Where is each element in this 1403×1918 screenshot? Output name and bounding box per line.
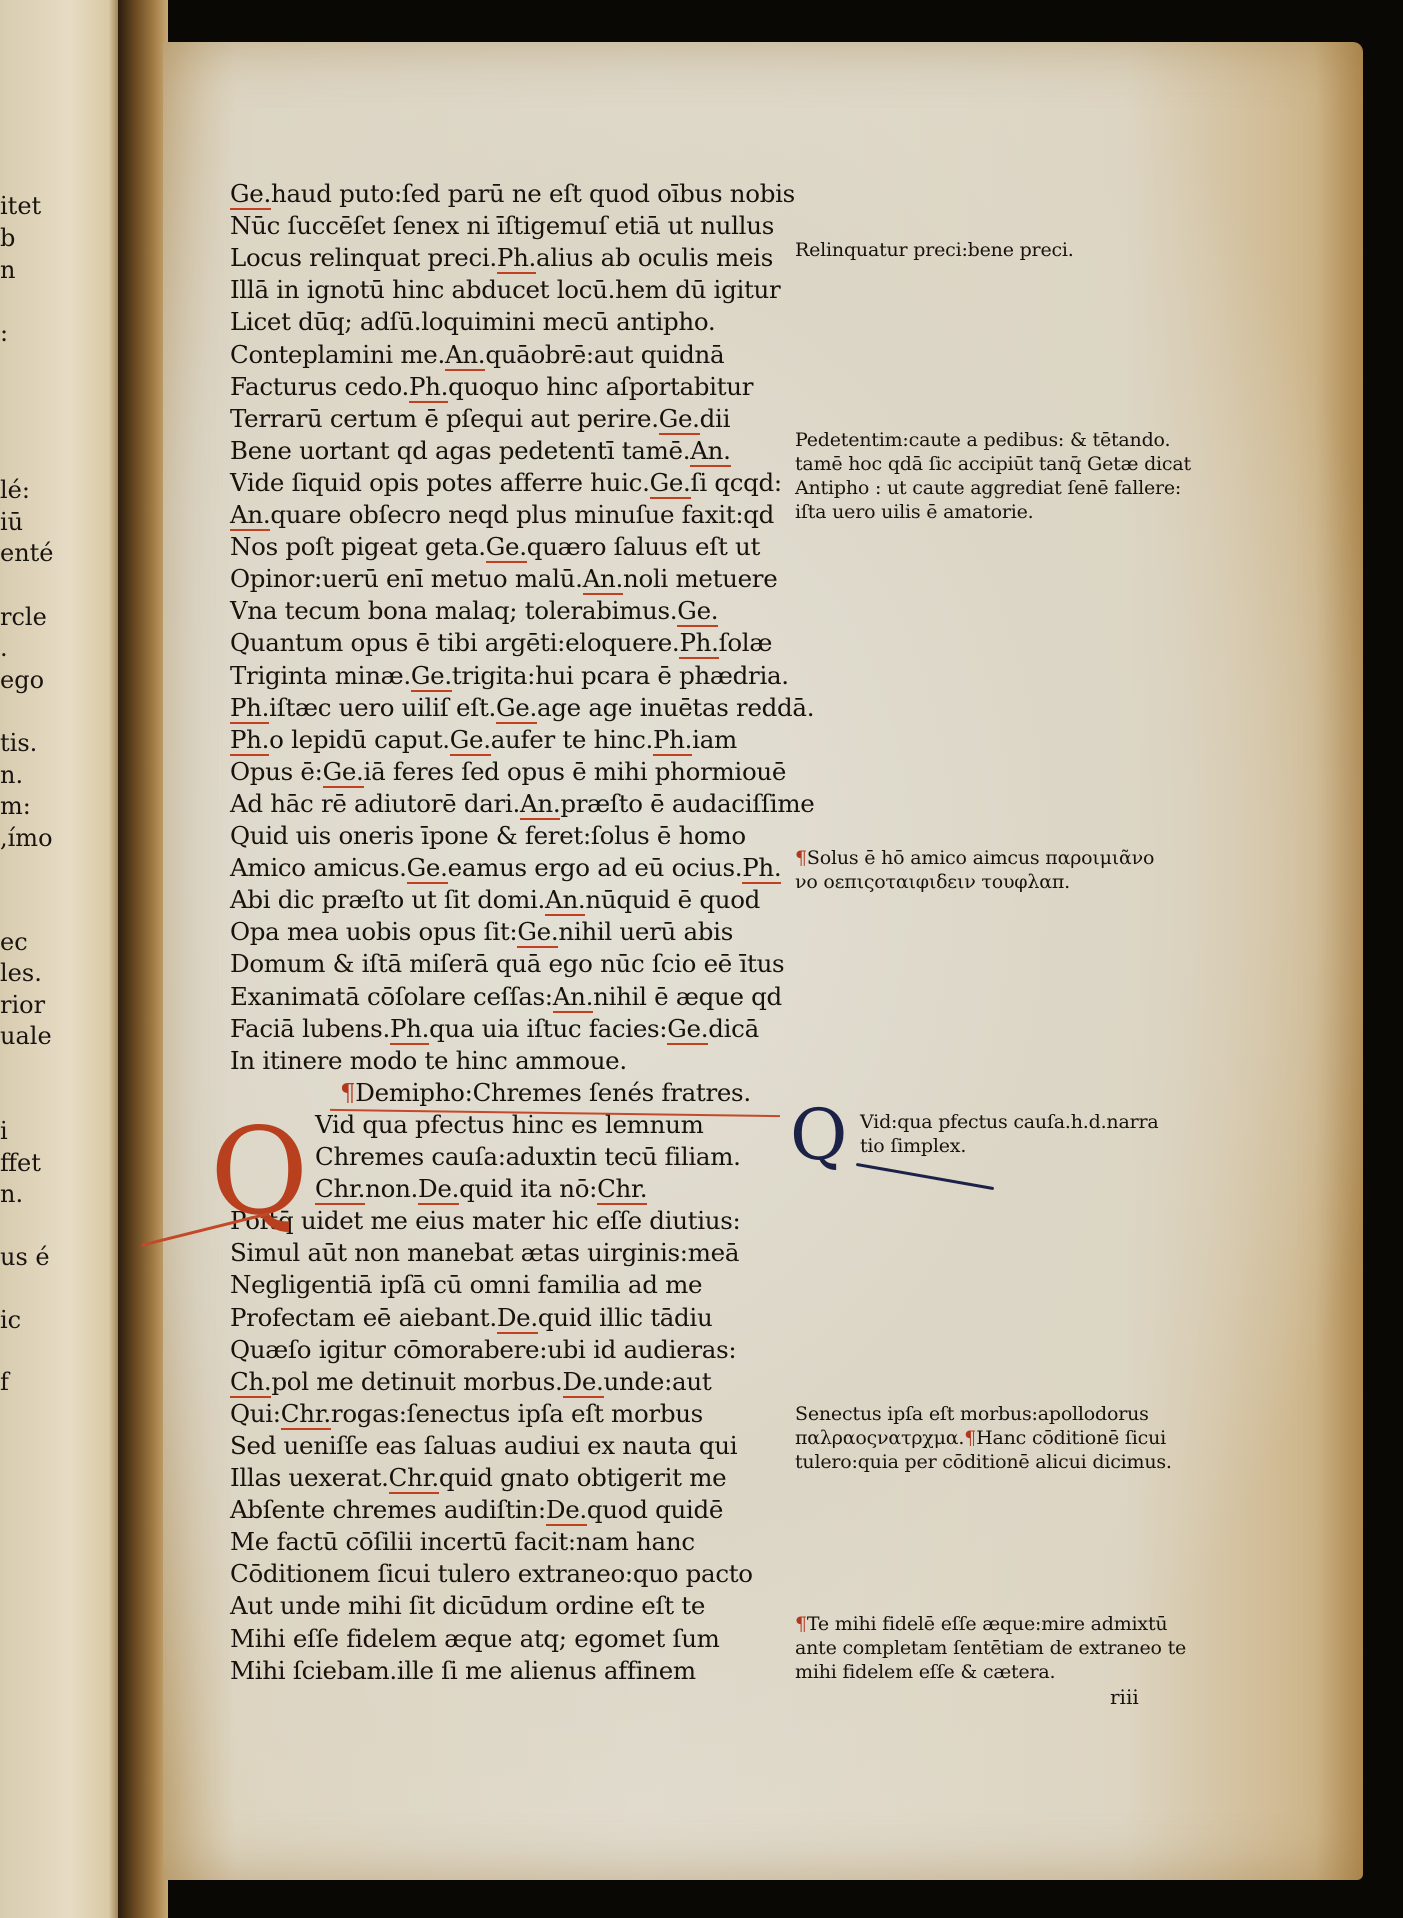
speaker-abbreviation: Ge. [650, 468, 691, 499]
speaker-abbreviation: An. [553, 982, 593, 1013]
speaker-abbreviation: De. [546, 1495, 587, 1526]
verse-line: Conteplamini me.An.quāobrē:aut quidnā [230, 339, 724, 371]
left-page-text-fragment: itet [0, 192, 41, 220]
gloss-line: tio ſimplex. [860, 1134, 1260, 1158]
speaker-abbreviation: Ph. [409, 372, 448, 403]
left-page-text-fragment: n. [0, 761, 23, 789]
left-page-text-fragment: i [0, 1117, 8, 1145]
gloss-line: παλραοςνατρχμα.¶Hanc cōditionē ſicui [795, 1426, 1195, 1450]
verse-line: Ph.iſtæc uero uiliſ eſt.Ge.age age inuēt… [230, 692, 814, 724]
speaker-abbreviation: Ge. [659, 404, 700, 435]
speaker-abbreviation: Ge. [450, 725, 491, 756]
speaker-abbreviation: Ph. [742, 853, 781, 884]
left-page-text-fragment: : [0, 319, 8, 347]
speaker-abbreviation: De. [497, 1303, 538, 1334]
marginal-gloss: Pedetentim:caute a pedibus: & tētando.ta… [795, 428, 1195, 524]
verse-line: Nūc ſuccēſet ſenex ni īſtigemuſ etiā ut … [230, 210, 774, 242]
speaker-abbreviation: Ph. [679, 628, 718, 659]
verse-line: Ge.haud puto:ſed parū ne eſt quod oībus … [230, 178, 795, 210]
marginal-gloss: ¶Solus ē hō amico aimcus παροιμιᾶνονο οε… [795, 846, 1195, 894]
verse-line: Simul aūt non manebat ætas uirginis:meā [230, 1237, 739, 1269]
gloss-line: mihi fidelem eſſe & cætera. [795, 1660, 1195, 1684]
left-page-text-fragment: us é [0, 1243, 50, 1271]
verse-line: Triginta minæ.Ge.trigita:hui pcara ē phæ… [230, 660, 789, 692]
speaker-abbreviation: Ge. [677, 596, 718, 627]
verse-line: Opus ē:Ge.iā feres ſed opus ē mihi phorm… [230, 756, 786, 788]
gloss-line: ¶Te mihi fidelē eſſe æque:mire admixtū [795, 1612, 1195, 1636]
marginal-gloss: Relinquatur preci:bene preci. [795, 238, 1195, 262]
speaker-abbreviation: An. [583, 564, 623, 595]
left-page-text-fragment: n. [0, 1180, 23, 1208]
blue-initial-q: Q [790, 1100, 847, 1170]
book-gutter [118, 0, 168, 1918]
speaker-abbreviation: Ge. [230, 179, 271, 210]
scene-heading: ¶Demipho:Chremes ſenés fratres. [340, 1077, 751, 1109]
speaker-abbreviation: De. [563, 1367, 604, 1398]
speaker-abbreviation: Ge. [411, 661, 452, 692]
speaker-abbreviation: Ph. [390, 1014, 429, 1045]
verse-line: Nos poſt pigeat geta.Ge.quæro ſaluus eſt… [230, 531, 760, 563]
verse-line: Quid uis oneris īpone & feret:ſolus ē ho… [230, 820, 746, 852]
speaker-abbreviation: An. [690, 436, 730, 467]
verse-line: Locus relinquat preci.Ph.alius ab oculis… [230, 242, 773, 274]
verse-line: Mihi eſſe fidelem æque atq; egomet ſum [230, 1623, 720, 1655]
verse-line: Quantum opus ē tibi argēti:eloquere.Ph.ſ… [230, 627, 772, 659]
speaker-abbreviation: An. [520, 789, 560, 820]
speaker-abbreviation: Chr. [389, 1463, 439, 1494]
verse-line: Aut unde mihi ſit dicūdum ordine eſt te [230, 1590, 705, 1622]
verse-line: An.quare obſecro neqd plus minuſue faxit… [230, 499, 774, 531]
left-page-text-fragment: iū [0, 508, 23, 536]
gloss-line: ¶Solus ē hō amico aimcus παροιμιᾶνο [795, 846, 1195, 870]
speaker-abbreviation: Chr. [281, 1399, 331, 1430]
left-page-text-fragment: b [0, 224, 15, 252]
pilcrow-icon: ¶ [795, 1613, 807, 1635]
left-page-text-fragment: ego [0, 666, 44, 694]
speaker-abbreviation: Chr. [315, 1174, 365, 1205]
gloss-line: Pedetentim:caute a pedibus: & tētando. [795, 428, 1195, 452]
verse-line: Opa mea uobis opus ſit:Ge.nihil uerū abi… [230, 916, 733, 948]
verse-line: Licet dūq; adſū.loquimini mecū antipho. [230, 306, 715, 338]
verse-line: Abi dic præſto ut ſit domi.An.nūquid ē q… [230, 884, 760, 916]
speaker-abbreviation: Ge. [496, 693, 537, 724]
marginal-gloss: ¶Te mihi fidelē eſſe æque:mire admixtūan… [795, 1612, 1195, 1684]
verse-line: Quæſo igitur cōmorabere:ubi id audieras: [230, 1334, 736, 1366]
verse-line: Opinor:uerū enī metuo malū.An.noli metue… [230, 563, 777, 595]
speaker-abbreviation: An. [545, 885, 585, 916]
verse-line: Abſente chremes audiſtin:De.quod quidē [230, 1494, 723, 1526]
verse-line: Chremes cauſa:aduxtin tecū filiam. [315, 1141, 741, 1173]
gloss-line: tamē hoc qdā ſic accipiūt tanq̄ Getæ dic… [795, 452, 1195, 476]
verse-line: Domum & iſtā miſerā quā ego nūc ſcio eē … [230, 948, 784, 980]
gloss-line: Senectus ipſa eſt morbus:apollodorus [795, 1402, 1195, 1426]
verse-line: Mihi ſciebam.ille ſi me alienus affinem [230, 1655, 696, 1687]
verse-line: Vna tecum bona malaq; tolerabimus.Ge. [230, 595, 718, 627]
gloss-line: νο οεπιςοταιφιδειν τουφλαπ. [795, 870, 1195, 894]
pilcrow-icon: ¶ [340, 1078, 355, 1107]
left-page-text-fragment: ec [0, 928, 28, 956]
verse-line: Bene uortant qd agas pedetentī tamē.An. [230, 435, 731, 467]
gloss-line: Vid:qua pfectus cauſa.h.d.narra [860, 1110, 1260, 1134]
verse-line: Exanimatā cōſolare ceſſas:An.nihil ē æqu… [230, 981, 782, 1013]
left-page-text-fragment: f [0, 1368, 9, 1396]
left-page-text-fragment: tis. [0, 729, 37, 757]
gloss-line: iſta uero uilis ē amatorie. [795, 500, 1195, 524]
speaker-abbreviation: Ge. [667, 1014, 708, 1045]
speaker-abbreviation: An. [230, 500, 270, 531]
verse-line: Illā in ignotū hinc abducet locū.hem dū … [230, 274, 780, 306]
gloss-line: Antipho : ut caute aggrediat ſenē faller… [795, 476, 1195, 500]
pilcrow-icon: ¶ [964, 1427, 976, 1449]
gloss-line: tulero:quia per cōditionē alicui dicimus… [795, 1450, 1195, 1474]
left-page-text-fragment: enté [0, 539, 54, 567]
verse-line: Chr.non.De.quid ita nō:Chr. [315, 1173, 647, 1205]
speaker-abbreviation: Ge. [486, 532, 527, 563]
speaker-abbreviation: Ph. [497, 243, 536, 274]
speaker-abbreviation: An. [445, 340, 485, 371]
verse-line: Facturus cedo.Ph.quoquo hinc aſportabitu… [230, 371, 753, 403]
speaker-abbreviation: Chr. [597, 1174, 647, 1205]
left-page-text-fragment: m: [0, 792, 31, 820]
facing-left-page: itetbn:lé:iūentércle.egotis.n.m:,ímoecle… [0, 0, 128, 1918]
left-page-text-fragment: ic [0, 1306, 21, 1334]
verse-line: Ad hāc rē adiutorē dari.An.præſto ē auda… [230, 788, 814, 820]
verse-line: Ph.o lepidū caput.Ge.aufer te hinc.Ph.ia… [230, 724, 737, 756]
left-page-text-fragment: rior [0, 991, 45, 1019]
speaker-abbreviation: Ch. [230, 1367, 271, 1398]
folio-signature: riii [1110, 1685, 1139, 1709]
verse-line: In itinere modo te hinc ammoue. [230, 1045, 627, 1077]
speaker-abbreviation: Ge. [323, 757, 364, 788]
marginal-gloss: Vid:qua pfectus cauſa.h.d.narratio ſimpl… [860, 1110, 1260, 1158]
verse-line: Negligentiā ipſā cū omni familia ad me [230, 1269, 702, 1301]
left-page-text-fragment: uale [0, 1022, 52, 1050]
verse-line: Me factū cōſilii incertū facit:nam hanc [230, 1526, 695, 1558]
speaker-abbreviation: Ge. [407, 853, 448, 884]
verse-line: Ch.pol me detinuit morbus.De.unde:aut [230, 1366, 711, 1398]
gloss-line: Relinquatur preci:bene preci. [795, 238, 1195, 262]
verse-line: Qui:Chr.rogas:ſenectus ipſa eſt morbus [230, 1398, 703, 1430]
left-page-text-fragment: rcle [0, 603, 47, 631]
verse-line: Vide ſiquid opis potes afferre huic.Ge.ſ… [230, 467, 782, 499]
verse-line: Amico amicus.Ge.eamus ergo ad eū ocius.P… [230, 852, 781, 884]
speaker-abbreviation: Ge. [517, 917, 558, 948]
verse-line: Faciā lubens.Ph.qua uia iſtuc facies:Ge.… [230, 1013, 759, 1045]
left-page-text-fragment: lé: [0, 476, 30, 504]
left-page-text-fragment: n [0, 256, 15, 284]
left-page-text-fragment: les. [0, 959, 42, 987]
gloss-line: ante completam ſentētiam de extraneo te [795, 1636, 1195, 1660]
marginal-gloss: Senectus ipſa eſt morbus:apollodorusπαλρ… [795, 1402, 1195, 1474]
left-page-text-fragment: . [0, 634, 8, 662]
verse-line: Sed ueniſſe eas ſaluas audiui ex nauta q… [230, 1430, 737, 1462]
verse-line: Illas uexerat.Chr.quid gnato obtigerit m… [230, 1462, 726, 1494]
verse-line: Profectam eē aiebant.De.quid illic tādiu [230, 1302, 712, 1334]
speaker-abbreviation: De. [418, 1174, 459, 1205]
speaker-abbreviation: Ph. [230, 725, 269, 756]
verse-line: Cōditionem ſicui tulero extraneo:quo pac… [230, 1558, 753, 1590]
verse-line: Terrarū certum ē pſequi aut perire.Ge.di… [230, 403, 730, 435]
left-page-text-fragment: ,ímo [0, 824, 53, 852]
speaker-abbreviation: Ph. [230, 693, 269, 724]
speaker-abbreviation: Ph. [653, 725, 692, 756]
left-page-text-fragment: ffet [0, 1149, 41, 1177]
pilcrow-icon: ¶ [795, 847, 807, 869]
